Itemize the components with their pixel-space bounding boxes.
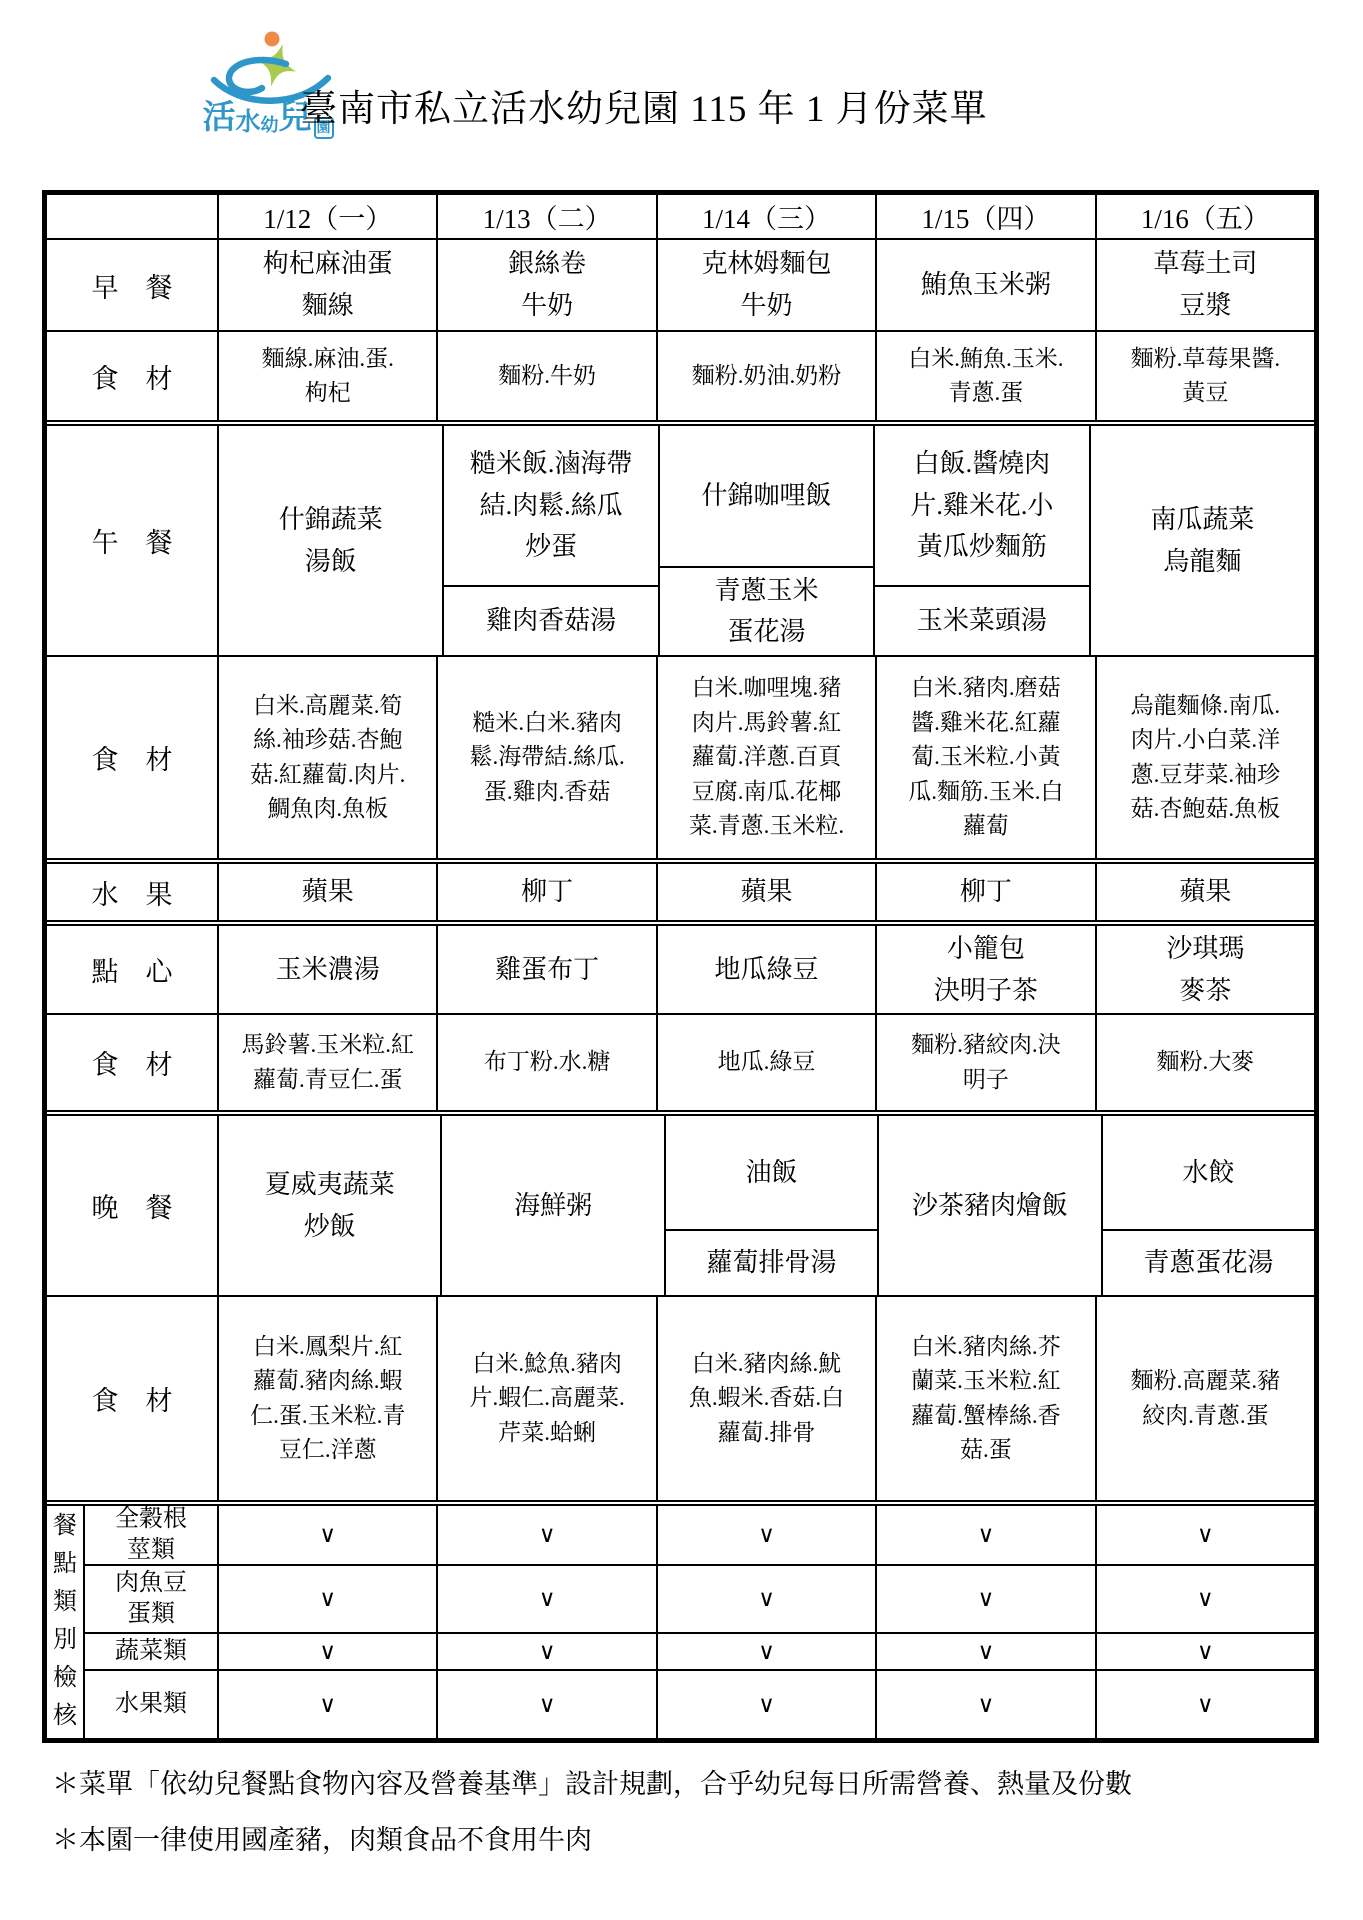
- snack-cell: 地瓜綠豆: [656, 926, 875, 1013]
- fruit-cell: 柳丁: [436, 864, 655, 920]
- check-section-side-label: 餐 點 類 別 檢 核: [47, 1506, 83, 1738]
- check-row-label: 水果類: [83, 1671, 217, 1738]
- ingredients-cell: 糙米.白米.豬肉 鬆.海帶結.絲瓜. 蛋.雞肉.香菇: [436, 657, 655, 858]
- breakfast-cell: 克林姆麵包 牛奶: [656, 240, 875, 330]
- dinner-cell: 海鮮粥: [440, 1116, 663, 1295]
- page-title: 臺南市私立活水幼兒園 115 年 1 月份菜單: [300, 78, 988, 132]
- check-mark: ∨: [436, 1634, 655, 1669]
- fruit-cell: 蘋果: [1095, 864, 1314, 920]
- breakfast-cell: 草莓土司 豆漿: [1095, 240, 1314, 330]
- check-mark: ∨: [217, 1634, 436, 1669]
- ingredients-cell: 麵線.麻油.蛋. 枸杞: [217, 332, 436, 420]
- ingredients-cell: 白米.鯰魚.豬肉 片.蝦仁.高麗菜. 芹菜.蛤蜊: [436, 1297, 655, 1500]
- breakfast-ingredients-row: 食 材 麵線.麻油.蛋. 枸杞 麵粉.牛奶 麵粉.奶油.奶粉 白米.鮪魚.玉米.…: [47, 330, 1314, 420]
- ingredients-cell: 白米.咖哩塊.豬 肉片.馬鈴薯.紅 蘿蔔.洋蔥.百頁 豆腐.南瓜.花椰 菜.青蔥…: [656, 657, 875, 858]
- check-row-vegetables: 蔬菜類 ∨ ∨ ∨ ∨ ∨: [83, 1632, 1314, 1669]
- check-row-grains: 全穀根 莖類 ∨ ∨ ∨ ∨ ∨: [83, 1506, 1314, 1564]
- row-label-ingredients: 食 材: [47, 1015, 217, 1110]
- ingredients-cell: 白米.鮪魚.玉米. 青蔥.蛋: [875, 332, 1094, 420]
- fruit-cell: 柳丁: [875, 864, 1094, 920]
- lunch-soup: 玉米菜頭湯: [875, 587, 1088, 655]
- check-mark: ∨: [656, 1566, 875, 1632]
- date-header-row: 1/12（一） 1/13（二） 1/14（三） 1/15（四） 1/16（五）: [47, 195, 1314, 238]
- lunch-cell: 什錦蔬菜 湯飯: [217, 426, 442, 655]
- snack-cell: 沙琪瑪 麥茶: [1095, 926, 1314, 1013]
- logo-char: 幼: [261, 115, 279, 136]
- check-row-protein: 肉魚豆 蛋類 ∨ ∨ ∨ ∨ ∨: [83, 1564, 1314, 1632]
- day-header: 1/15（四）: [875, 195, 1094, 238]
- ingredients-cell: 麵粉.草莓果醬. 黃豆: [1095, 332, 1314, 420]
- logo-char: 水: [235, 107, 260, 136]
- lunch-soup: 青蔥玉米 蛋花湯: [660, 568, 873, 655]
- menu-table: 1/12（一） 1/13（二） 1/14（三） 1/15（四） 1/16（五） …: [42, 190, 1319, 1743]
- dinner-cell: 夏威夷蔬菜 炒飯: [217, 1116, 440, 1295]
- row-label-breakfast: 早 餐: [47, 240, 217, 330]
- lunch-main: 糙米飯.滷海帶 結.肉鬆.絲瓜 炒蛋: [444, 426, 657, 587]
- dinner-main: 水餃: [1103, 1116, 1314, 1231]
- corner-cell: [47, 195, 217, 238]
- ingredients-cell: 白米.豬肉絲.魷 魚.蝦米.香菇.白 蘿蔔.排骨: [656, 1297, 875, 1500]
- check-mark: ∨: [1095, 1634, 1314, 1669]
- ingredients-cell: 麵粉.豬絞肉.決 明子: [875, 1015, 1094, 1110]
- ingredients-cell: 烏龍麵條.南瓜. 肉片.小白菜.洋 蔥.豆芽菜.袖珍 菇.杏鮑菇.魚板: [1095, 657, 1314, 858]
- day-header: 1/16（五）: [1095, 195, 1314, 238]
- ingredients-cell: 麵粉.大麥: [1095, 1015, 1314, 1110]
- ingredients-cell: 白米.豬肉絲.芥 蘭菜.玉米粒.紅 蘿蔔.蟹棒絲.香 菇.蛋: [875, 1297, 1094, 1500]
- breakfast-cell: 枸杞麻油蛋 麵線: [217, 240, 436, 330]
- row-label-ingredients: 食 材: [47, 657, 217, 858]
- day-header: 1/13（二）: [436, 195, 655, 238]
- check-mark: ∨: [1095, 1671, 1314, 1738]
- ingredients-cell: 白米.鳳梨片.紅 蘿蔔.豬肉絲.蝦 仁.蛋.玉米粒.青 豆仁.洋蔥: [217, 1297, 436, 1500]
- row-label-lunch: 午 餐: [47, 426, 217, 655]
- snack-cell: 雞蛋布丁: [436, 926, 655, 1013]
- footnote-pork: ＊本園一律使用國產豬，肉類食品不食用牛肉: [52, 1818, 592, 1857]
- row-label-snack: 點 心: [47, 926, 217, 1013]
- lunch-soup: 雞肉香菇湯: [444, 587, 657, 655]
- row-label-dinner: 晚 餐: [47, 1116, 217, 1295]
- check-row-label: 全穀根 莖類: [83, 1506, 217, 1564]
- footnote-nutrition: ＊菜單「依幼兒餐點食物內容及營養基準」設計規劃，合乎幼兒每日所需營養、熱量及份數: [52, 1762, 1132, 1801]
- check-mark: ∨: [436, 1671, 655, 1738]
- dinner-ingredients-row: 食 材 白米.鳳梨片.紅 蘿蔔.豬肉絲.蝦 仁.蛋.玉米粒.青 豆仁.洋蔥 白米…: [47, 1295, 1314, 1500]
- fruit-cell: 蘋果: [217, 864, 436, 920]
- breakfast-cell: 鮪魚玉米粥: [875, 240, 1094, 330]
- ingredients-cell: 布丁粉.水.糖: [436, 1015, 655, 1110]
- lunch-row: 午 餐 什錦蔬菜 湯飯 糙米飯.滷海帶 結.肉鬆.絲瓜 炒蛋 雞肉香菇湯 什錦咖…: [47, 420, 1314, 655]
- check-mark: ∨: [875, 1566, 1094, 1632]
- check-mark: ∨: [1095, 1506, 1314, 1564]
- ingredients-cell: 麵粉.奶油.奶粉: [656, 332, 875, 420]
- breakfast-row: 早 餐 枸杞麻油蛋 麵線 銀絲卷 牛奶 克林姆麵包 牛奶 鮪魚玉米粥 草莓土司 …: [47, 238, 1314, 330]
- check-mark: ∨: [1095, 1566, 1314, 1632]
- check-mark: ∨: [217, 1506, 436, 1564]
- logo-char: 活: [202, 97, 235, 136]
- check-mark: ∨: [217, 1671, 436, 1738]
- ingredients-cell: 麵粉.高麗菜.豬 絞肉.青蔥.蛋: [1095, 1297, 1314, 1500]
- row-label-fruit: 水 果: [47, 864, 217, 920]
- lunch-ingredients-row: 食 材 白米.高麗菜.筍 絲.袖珍菇.杏鮑 菇.紅蘿蔔.肉片. 鯛魚肉.魚板 糙…: [47, 655, 1314, 858]
- check-mark: ∨: [656, 1671, 875, 1738]
- check-mark: ∨: [656, 1634, 875, 1669]
- fruit-cell: 蘋果: [656, 864, 875, 920]
- day-header: 1/14（三）: [656, 195, 875, 238]
- check-mark: ∨: [875, 1671, 1094, 1738]
- check-row-label: 蔬菜類: [83, 1634, 217, 1669]
- day-header: 1/12（一）: [217, 195, 436, 238]
- lunch-cell: 糙米飯.滷海帶 結.肉鬆.絲瓜 炒蛋 雞肉香菇湯: [442, 426, 657, 655]
- check-section: 餐 點 類 別 檢 核 全穀根 莖類 ∨ ∨ ∨ ∨ ∨ 肉魚豆 蛋類 ∨ ∨ …: [47, 1500, 1314, 1738]
- lunch-main: 什錦咖哩飯: [660, 426, 873, 568]
- check-mark: ∨: [656, 1506, 875, 1564]
- ingredients-cell: 馬鈴薯.玉米粒.紅 蘿蔔.青豆仁.蛋: [217, 1015, 436, 1110]
- row-label-ingredients: 食 材: [47, 1297, 217, 1500]
- snack-ingredients-row: 食 材 馬鈴薯.玉米粒.紅 蘿蔔.青豆仁.蛋 布丁粉.水.糖 地瓜.綠豆 麵粉.…: [47, 1013, 1314, 1110]
- menu-document: 活水幼兒園 臺南市私立活水幼兒園 115 年 1 月份菜單 1/12（一） 1/…: [0, 0, 1363, 1920]
- ingredients-cell: 白米.高麗菜.筍 絲.袖珍菇.杏鮑 菇.紅蘿蔔.肉片. 鯛魚肉.魚板: [217, 657, 436, 858]
- check-rows: 全穀根 莖類 ∨ ∨ ∨ ∨ ∨ 肉魚豆 蛋類 ∨ ∨ ∨ ∨ ∨ 蔬菜類: [83, 1506, 1314, 1738]
- check-mark: ∨: [436, 1506, 655, 1564]
- check-mark: ∨: [436, 1566, 655, 1632]
- ingredients-cell: 白米.豬肉.磨菇 醬.雞米花.紅蘿 蔔.玉米粒.小黃 瓜.麵筋.玉米.白 蘿蔔: [875, 657, 1094, 858]
- lunch-cell: 什錦咖哩飯 青蔥玉米 蛋花湯: [658, 426, 873, 655]
- lunch-main: 白飯.醬燒肉 片.雞米花.小 黃瓜炒麵筋: [875, 426, 1088, 587]
- check-row-fruits: 水果類 ∨ ∨ ∨ ∨ ∨: [83, 1669, 1314, 1738]
- lunch-cell: 南瓜蔬菜 烏龍麵: [1089, 426, 1314, 655]
- dinner-soup: 青蔥蛋花湯: [1103, 1231, 1314, 1295]
- ingredients-cell: 麵粉.牛奶: [436, 332, 655, 420]
- fruit-row: 水 果 蘋果 柳丁 蘋果 柳丁 蘋果: [47, 858, 1314, 920]
- snack-cell: 玉米濃湯: [217, 926, 436, 1013]
- check-row-label: 肉魚豆 蛋類: [83, 1566, 217, 1632]
- dinner-cell: 油飯 蘿蔔排骨湯: [664, 1116, 877, 1295]
- row-label-ingredients: 食 材: [47, 332, 217, 420]
- dinner-main: 油飯: [666, 1116, 877, 1231]
- ingredients-cell: 地瓜.綠豆: [656, 1015, 875, 1110]
- snack-cell: 小籠包 決明子茶: [875, 926, 1094, 1013]
- breakfast-cell: 銀絲卷 牛奶: [436, 240, 655, 330]
- check-mark: ∨: [875, 1506, 1094, 1564]
- check-mark: ∨: [217, 1566, 436, 1632]
- dinner-row: 晚 餐 夏威夷蔬菜 炒飯 海鮮粥 油飯 蘿蔔排骨湯 沙茶豬肉燴飯 水餃 青蔥蛋花…: [47, 1110, 1314, 1295]
- lunch-cell: 白飯.醬燒肉 片.雞米花.小 黃瓜炒麵筋 玉米菜頭湯: [873, 426, 1088, 655]
- dinner-cell: 沙茶豬肉燴飯: [877, 1116, 1100, 1295]
- dinner-cell: 水餃 青蔥蛋花湯: [1101, 1116, 1314, 1295]
- snack-row: 點 心 玉米濃湯 雞蛋布丁 地瓜綠豆 小籠包 決明子茶 沙琪瑪 麥茶: [47, 920, 1314, 1013]
- check-mark: ∨: [875, 1634, 1094, 1669]
- dinner-soup: 蘿蔔排骨湯: [666, 1231, 877, 1295]
